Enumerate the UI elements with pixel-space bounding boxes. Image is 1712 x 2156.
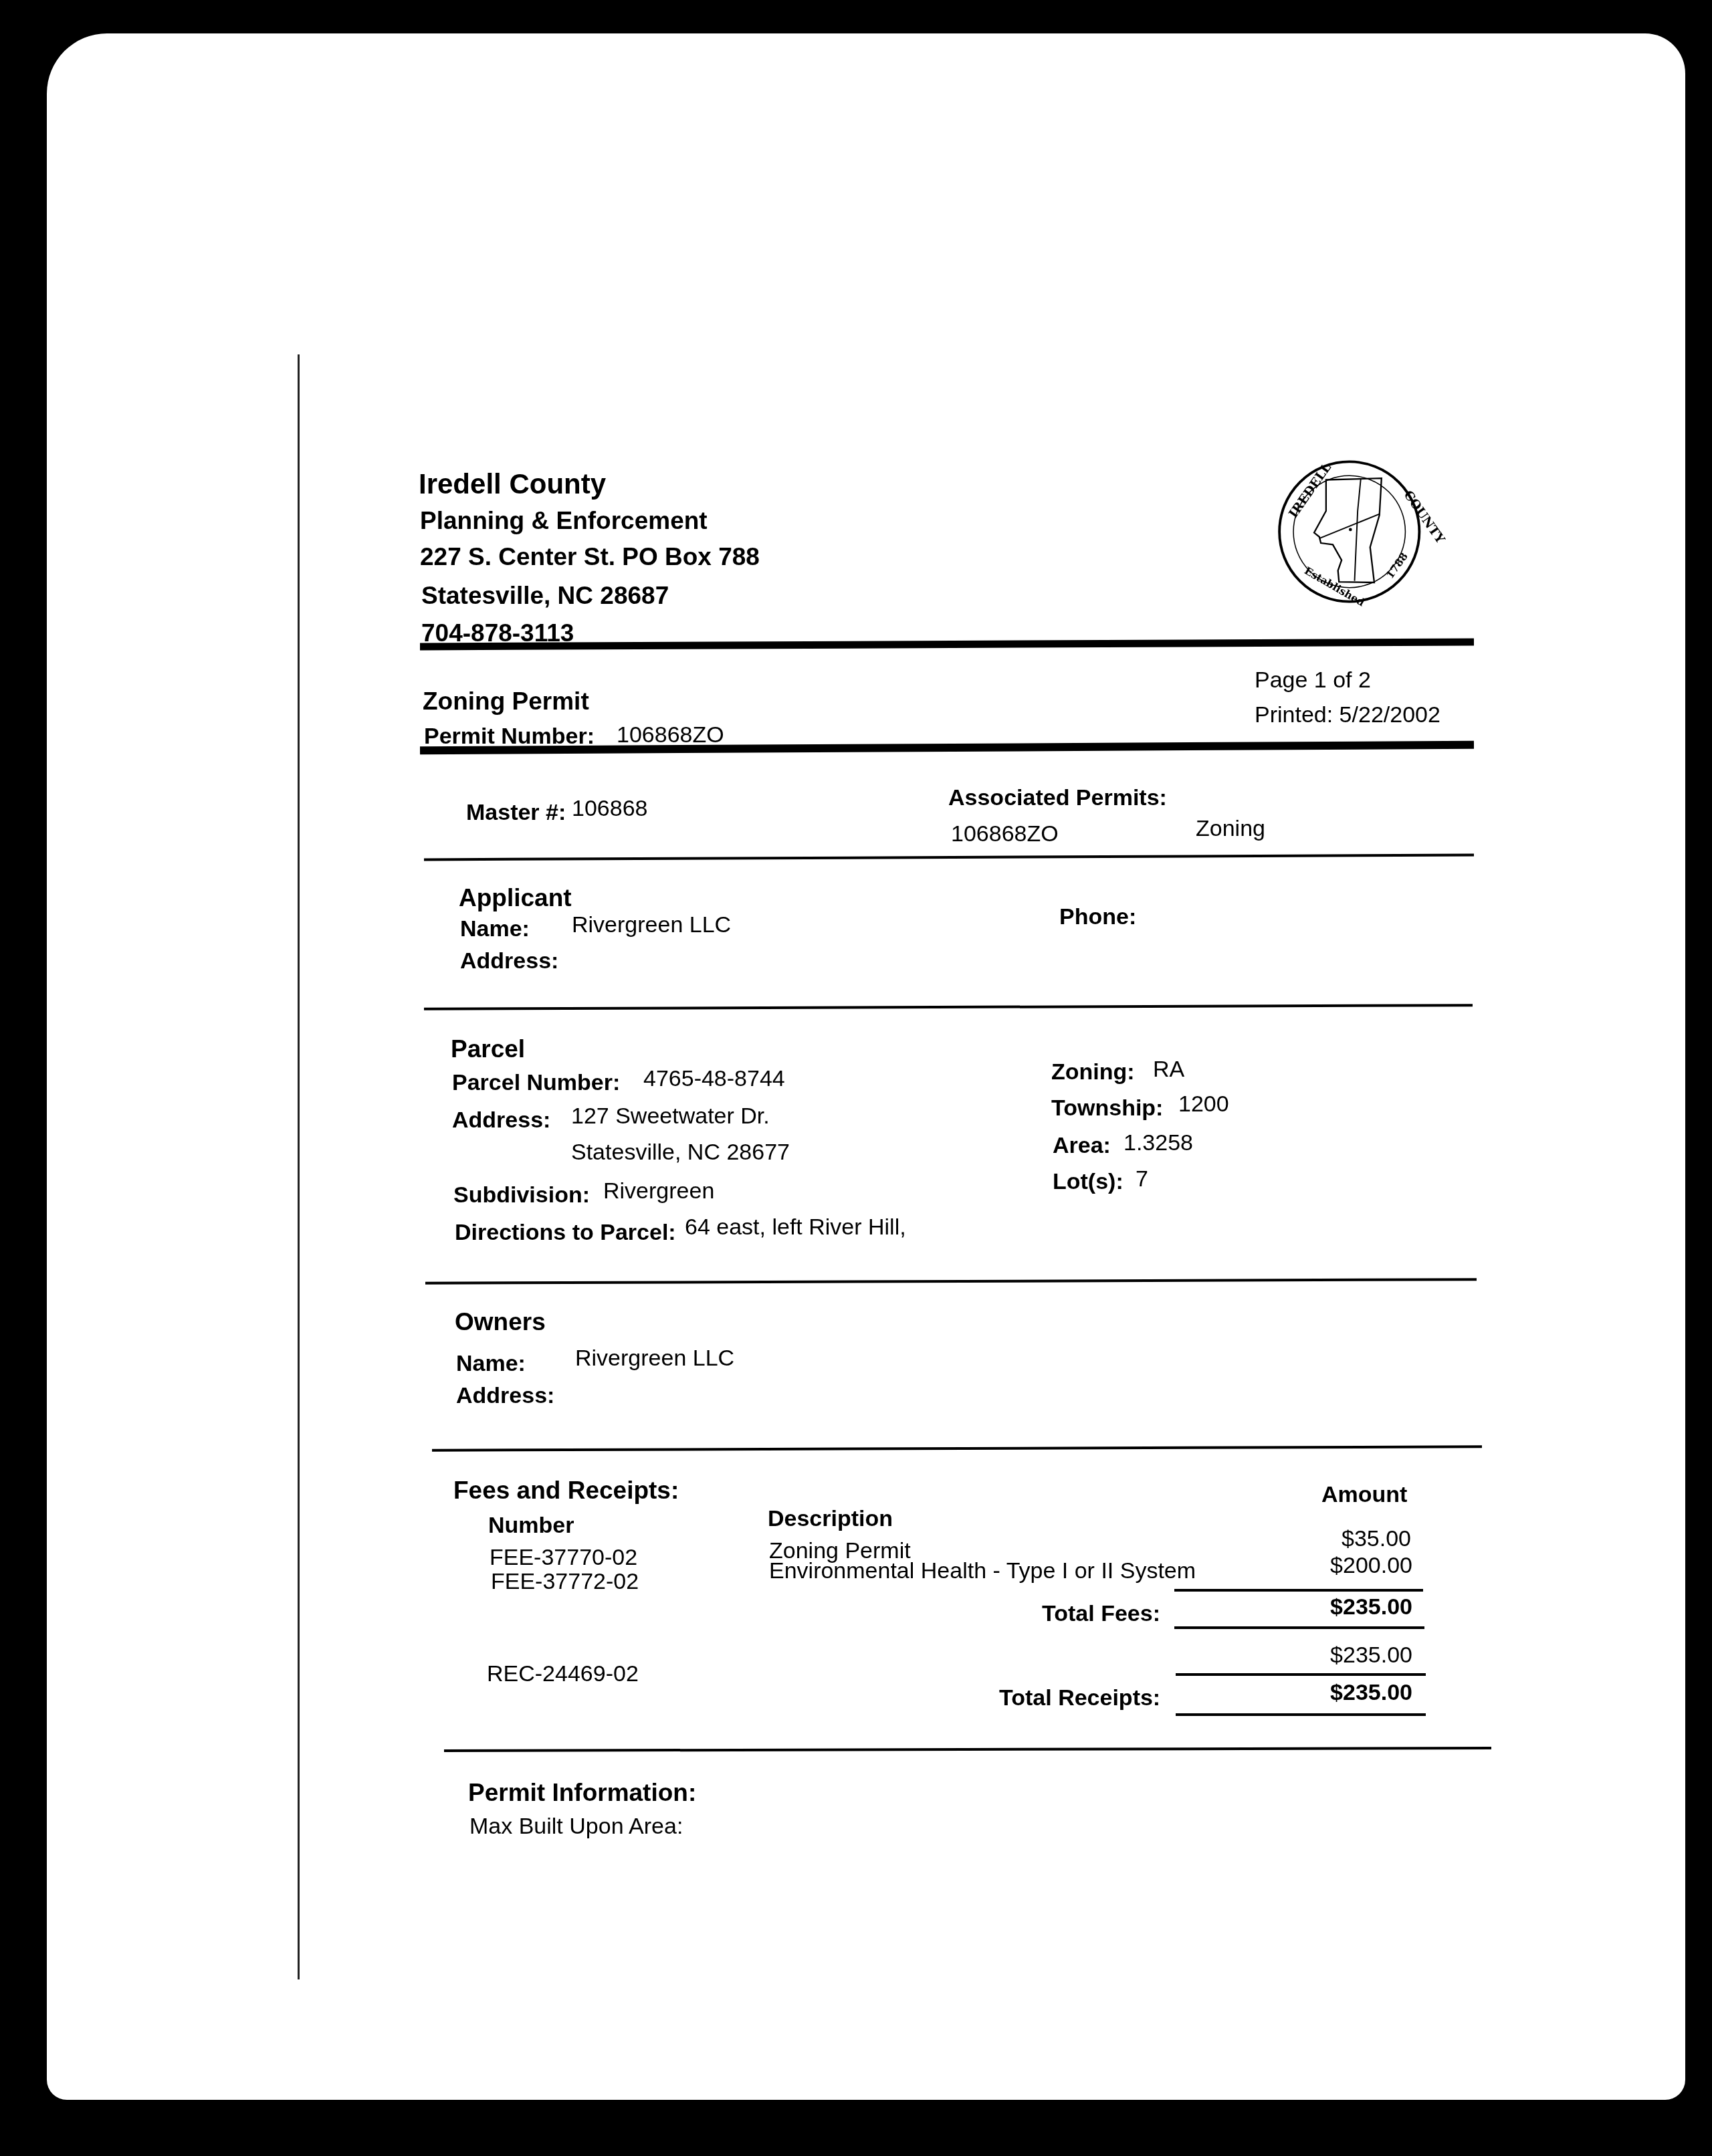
- applicant-heading: Applicant: [459, 884, 572, 912]
- org-city: Statesville, NC 28687: [421, 582, 669, 610]
- svg-text:COUNTY: COUNTY: [1400, 488, 1447, 546]
- fee-description: Environmental Health - Type I or II Syst…: [769, 1558, 1196, 1584]
- applicant-address-label: Address:: [460, 948, 558, 974]
- svg-text:1788: 1788: [1384, 550, 1410, 581]
- parcel-address-line2: Statesville, NC 28677: [571, 1140, 790, 1166]
- fee-number: FEE-37772-02: [491, 1569, 639, 1595]
- permit-info-heading: Permit Information:: [468, 1779, 696, 1807]
- scan-margin-line: [298, 354, 300, 1979]
- document-page: [47, 33, 1685, 2100]
- receipt-number: REC-24469-02: [487, 1661, 639, 1687]
- lots: 7: [1136, 1166, 1148, 1192]
- owners-heading: Owners: [455, 1308, 546, 1336]
- fees-col-number: Number: [488, 1513, 574, 1539]
- directions: 64 east, left River Hill,: [685, 1214, 906, 1241]
- parcel-address-line1: 127 Sweetwater Dr.: [571, 1103, 770, 1129]
- master-label: Master #:: [466, 800, 566, 826]
- permit-title: Zoning Permit: [423, 687, 589, 716]
- fee-amount: $200.00: [1212, 1553, 1412, 1579]
- receipt-amount: $235.00: [1212, 1642, 1412, 1668]
- zoning: RA: [1153, 1057, 1184, 1083]
- org-address: 227 S. Center St. PO Box 788: [420, 543, 760, 571]
- total-receipts: $235.00: [1212, 1680, 1412, 1706]
- total-fees-label: Total Fees:: [1042, 1601, 1160, 1627]
- total-receipts-label: Total Receipts:: [999, 1685, 1160, 1711]
- area: 1.3258: [1123, 1130, 1193, 1156]
- area-label: Area:: [1053, 1133, 1111, 1159]
- parcel-address-label: Address:: [452, 1107, 550, 1134]
- subtotal-rule: [1176, 1673, 1426, 1676]
- printed-date: Printed: 5/22/2002: [1255, 702, 1440, 728]
- associated-permits-label: Associated Permits:: [948, 785, 1167, 811]
- subdivision-label: Subdivision:: [453, 1182, 590, 1208]
- applicant-phone-label: Phone:: [1059, 904, 1136, 930]
- township-label: Township:: [1051, 1095, 1163, 1121]
- subtotal-rule: [1174, 1626, 1424, 1629]
- fee-number: FEE-37770-02: [490, 1545, 637, 1571]
- owners-address-label: Address:: [456, 1383, 554, 1409]
- page-indicator: Page 1 of 2: [1255, 667, 1371, 693]
- lots-label: Lot(s):: [1053, 1169, 1123, 1195]
- parcel-heading: Parcel: [451, 1035, 525, 1063]
- associated-permit-number: 106868ZO: [951, 821, 1059, 847]
- fees-col-amount: Amount: [1321, 1482, 1407, 1508]
- parcel-number-label: Parcel Number:: [452, 1070, 620, 1096]
- org-name: Iredell County: [419, 468, 606, 500]
- parcel-number: 4765-48-8744: [643, 1066, 785, 1092]
- subtotal-rule: [1176, 1713, 1426, 1716]
- associated-permit-type: Zoning: [1196, 816, 1265, 842]
- subtotal-rule: [1174, 1589, 1423, 1592]
- directions-label: Directions to Parcel:: [455, 1220, 676, 1246]
- total-fees: $235.00: [1212, 1594, 1412, 1620]
- owners-name: Rivergreen LLC: [575, 1345, 734, 1372]
- department: Planning & Enforcement: [420, 507, 708, 535]
- fees-col-description: Description: [768, 1506, 893, 1532]
- zoning-label: Zoning:: [1051, 1059, 1135, 1085]
- max-built-area-label: Max Built Upon Area:: [469, 1814, 683, 1840]
- fee-amount: $35.00: [1210, 1526, 1411, 1552]
- applicant-name: Rivergreen LLC: [572, 912, 731, 938]
- subdivision: Rivergreen: [603, 1178, 714, 1204]
- fees-heading: Fees and Receipts:: [453, 1477, 679, 1505]
- applicant-name-label: Name:: [460, 916, 530, 942]
- owners-name-label: Name:: [456, 1351, 526, 1377]
- master-number: 106868: [572, 796, 647, 822]
- svg-text:Established: Established: [1302, 564, 1367, 609]
- county-seal-icon: IREDELL COUNTY Established 1788: [1241, 441, 1448, 622]
- township: 1200: [1178, 1091, 1229, 1117]
